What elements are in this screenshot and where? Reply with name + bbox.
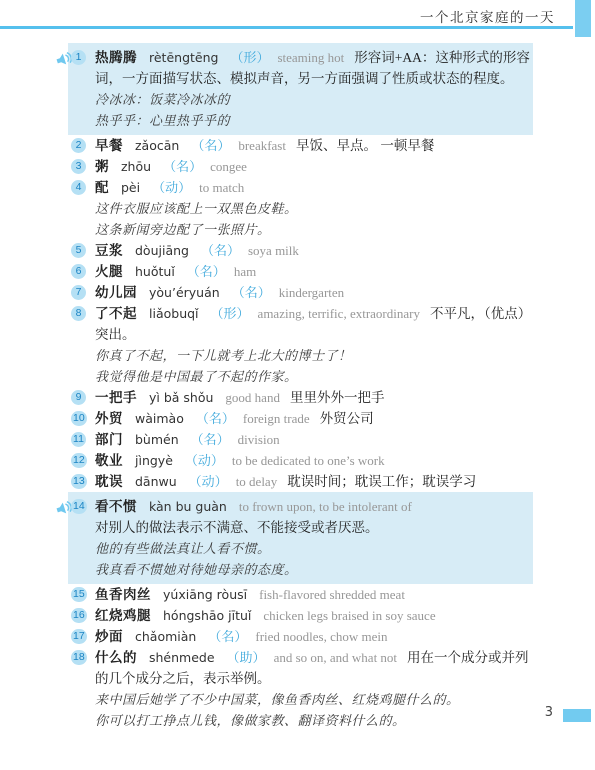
- pinyin: zhōu: [121, 159, 151, 174]
- entry-number-badge: 4: [71, 180, 86, 195]
- vocab-entry-9: 9 一把手yì bǎ shǒugood hand里里外外一把手: [68, 387, 533, 408]
- pinyin: jìngyè: [135, 453, 173, 468]
- english-gloss: good hand: [225, 390, 280, 405]
- entry-number-badge: 8: [71, 306, 86, 321]
- pinyin: hóngshāo jītuǐ: [163, 608, 251, 623]
- entry-number-badge: 17: [71, 629, 87, 644]
- entry-number-badge: 3: [71, 159, 86, 174]
- english-gloss: chicken legs braised in soy sauce: [263, 608, 435, 623]
- entry-headline: 幼儿园yòu’éryuán（名）kindergarten: [95, 282, 533, 303]
- english-gloss: foreign trade: [243, 411, 310, 426]
- entry-headline: 耽误dānwu（动）to delay耽误时间；耽误工作；耽误学习: [95, 471, 533, 492]
- vocab-entry-1: 1 热腾腾rètēngtēng（形）steaming hot形容词+AA：这种形…: [68, 43, 533, 135]
- headword: 红烧鸡腿: [95, 608, 151, 623]
- entry-headline: 一把手yì bǎ shǒugood hand里里外外一把手: [95, 387, 533, 408]
- headword: 早餐: [95, 138, 123, 153]
- example-sentence: 我觉得他是中国最了不起的作家。: [95, 366, 533, 387]
- headword: 部门: [95, 432, 123, 447]
- entry-number-badge: 15: [71, 587, 87, 602]
- headword: 炒面: [95, 629, 123, 644]
- entry-headline: 了不起liǎobuqǐ（形）amazing, terrific, extraor…: [95, 303, 533, 345]
- chinese-note: 早饭、早点。 一顿早餐: [296, 138, 434, 153]
- part-of-speech: （名）: [191, 432, 230, 447]
- pinyin: dòujiāng: [135, 243, 189, 258]
- example-sentence: 他的有些做法真让人看不惯。: [95, 538, 533, 559]
- vocab-entry-16: 16 红烧鸡腿hóngshāo jītuǐchicken legs braise…: [68, 605, 533, 626]
- english-gloss: to delay: [236, 474, 278, 489]
- part-of-speech: （名）: [187, 264, 226, 279]
- entry-number-badge: 13: [71, 474, 87, 489]
- entry-number-badge: 2: [71, 138, 86, 153]
- entry-headline: 早餐zǎocān（名）breakfast早饭、早点。 一顿早餐: [95, 135, 533, 156]
- part-of-speech: （名）: [163, 159, 202, 174]
- pinyin: wàimào: [135, 411, 184, 426]
- english-gloss: congee: [210, 159, 247, 174]
- example-sentence: 这件衣服应该配上一双黑色皮鞋。: [95, 198, 533, 219]
- part-of-speech: （动）: [152, 180, 191, 195]
- english-gloss: steaming hot: [277, 50, 344, 65]
- pinyin: yòu’éryuán: [149, 285, 220, 300]
- english-gloss: amazing, terrific, extraordinary: [258, 306, 420, 321]
- pinyin: chǎomiàn: [135, 629, 196, 644]
- vocab-entry-3: 3 粥zhōu（名）congee: [68, 156, 533, 177]
- english-gloss: breakfast: [238, 138, 286, 153]
- pinyin: bùmén: [135, 432, 179, 447]
- headword: 外贸: [95, 411, 123, 426]
- english-gloss: division: [238, 432, 280, 447]
- entry-headline: 炒面chǎomiàn（名）fried noodles, chow mein: [95, 626, 533, 647]
- pinyin: zǎocān: [135, 138, 179, 153]
- example-sentence: 冷冰冰：饭菜冷冰冰的: [95, 89, 533, 110]
- chinese-note: 外贸公司: [320, 411, 374, 426]
- english-gloss: to match: [199, 180, 244, 195]
- vocab-entry-8: 8 了不起liǎobuqǐ（形）amazing, terrific, extra…: [68, 303, 533, 387]
- vocab-entry-11: 11 部门bùmén（名）division: [68, 429, 533, 450]
- entry-number-badge: 14: [71, 499, 87, 514]
- example-sentence: 你真了不起，一下儿就考上北大的博士了！: [95, 345, 533, 366]
- vocab-entry-17: 17 炒面chǎomiàn（名）fried noodles, chow mein: [68, 626, 533, 647]
- entry-headline: 外贸wàimào（名）foreign trade外贸公司: [95, 408, 533, 429]
- headword: 豆浆: [95, 243, 123, 258]
- entry-headline: 看不惯kàn bu guànto frown upon, to be intol…: [95, 496, 533, 517]
- vocab-entry-5: 5 豆浆dòujiāng（名）soya milk: [68, 240, 533, 261]
- entry-headline: 敬业jìngyè（动）to be dedicated to one’s work: [95, 450, 533, 471]
- entry-number-badge: 16: [71, 608, 87, 623]
- vocab-entry-10: 10 外贸wàimào（名）foreign trade外贸公司: [68, 408, 533, 429]
- entry-headline: 部门bùmén（名）division: [95, 429, 533, 450]
- vocab-entry-7: 7 幼儿园yòu’éryuán（名）kindergarten: [68, 282, 533, 303]
- pinyin: pèi: [121, 180, 140, 195]
- headword: 火腿: [95, 264, 123, 279]
- entry-headline: 火腿huǒtuǐ（名）ham: [95, 261, 533, 282]
- definition-line: 对别人的做法表示不满意、不能接受或者厌恶。: [95, 517, 533, 538]
- entry-number-badge: 10: [71, 411, 87, 426]
- entry-headline: 什么的shénmede（助）and so on, and what not用在一…: [95, 647, 533, 689]
- english-gloss: soya milk: [248, 243, 299, 258]
- page-header-title: 一个北京家庭的一天: [420, 6, 555, 26]
- english-gloss: ham: [234, 264, 256, 279]
- headword: 耽误: [95, 474, 123, 489]
- vocab-entry-14: 14 看不惯kàn bu guànto frown upon, to be in…: [68, 492, 533, 584]
- entry-headline: 红烧鸡腿hóngshāo jītuǐchicken legs braised i…: [95, 605, 533, 626]
- textbook-page: 一个北京家庭的一天 1 热腾腾rètēngtēng（形）steaming hot…: [0, 0, 595, 770]
- pinyin: yúxiāng ròusī: [163, 587, 247, 602]
- pinyin: liǎobuqǐ: [149, 306, 199, 321]
- english-gloss: kindergarten: [279, 285, 344, 300]
- english-gloss: fish-flavored shredded meat: [259, 587, 405, 602]
- entry-number-badge: 11: [71, 432, 86, 447]
- part-of-speech: （名）: [208, 629, 247, 644]
- vocab-entry-13: 13 耽误dānwu（动）to delay耽误时间；耽误工作；耽误学习: [68, 471, 533, 492]
- english-gloss: to be dedicated to one’s work: [232, 453, 385, 468]
- entry-number-badge: 18: [71, 650, 87, 665]
- example-sentence: 来中国后她学了不少中国菜，像鱼香肉丝、红烧鸡腿什么的。: [95, 689, 533, 710]
- entry-headline: 热腾腾rètēngtēng（形）steaming hot形容词+AA：这种形式的…: [95, 47, 533, 89]
- headword: 什么的: [95, 650, 137, 665]
- vocab-entry-18: 18 什么的shénmede（助）and so on, and what not…: [68, 647, 533, 731]
- example-sentence: 我真看不惯她对待她母亲的态度。: [95, 559, 533, 580]
- page-number: 3: [545, 705, 553, 720]
- entry-number-badge: 7: [71, 285, 86, 300]
- entry-number-badge: 12: [71, 453, 87, 468]
- vocab-entry-4: 4 配pèi（动）to match 这件衣服应该配上一双黑色皮鞋。 这条新闻旁边…: [68, 177, 533, 240]
- headword: 配: [95, 180, 109, 195]
- pinyin: rètēngtēng: [149, 50, 218, 65]
- pinyin: kàn bu guàn: [149, 499, 227, 514]
- part-of-speech: （名）: [201, 243, 240, 258]
- entry-headline: 配pèi（动）to match: [95, 177, 533, 198]
- part-of-speech: （助）: [227, 650, 266, 665]
- entry-headline: 豆浆dòujiāng（名）soya milk: [95, 240, 533, 261]
- vocab-entry-2: 2 早餐zǎocān（名）breakfast早饭、早点。 一顿早餐: [68, 135, 533, 156]
- vocab-entry-6: 6 火腿huǒtuǐ（名）ham: [68, 261, 533, 282]
- vocab-entry-12: 12 敬业jìngyè（动）to be dedicated to one’s w…: [68, 450, 533, 471]
- entry-number-badge: 9: [71, 390, 86, 405]
- english-gloss: and so on, and what not: [274, 650, 397, 665]
- headword: 鱼香肉丝: [95, 587, 151, 602]
- entry-number-badge: 1: [71, 50, 86, 65]
- example-sentence: 这条新闻旁边配了一张照片。: [95, 219, 533, 240]
- vocab-list: 1 热腾腾rètēngtēng（形）steaming hot形容词+AA：这种形…: [68, 43, 533, 731]
- part-of-speech: （名）: [232, 285, 271, 300]
- pinyin: yì bǎ shǒu: [149, 390, 213, 405]
- headword: 热腾腾: [95, 50, 137, 65]
- headword: 敬业: [95, 453, 123, 468]
- entry-number-badge: 6: [71, 264, 86, 279]
- entry-headline: 粥zhōu（名）congee: [95, 156, 533, 177]
- vocab-entry-15: 15 鱼香肉丝yúxiāng ròusīfish-flavored shredd…: [68, 584, 533, 605]
- header-rule: [0, 26, 573, 29]
- header-tab-marker: [575, 0, 591, 37]
- entry-headline: 鱼香肉丝yúxiāng ròusīfish-flavored shredded …: [95, 584, 533, 605]
- headword: 一把手: [95, 390, 137, 405]
- pinyin: shénmede: [149, 650, 215, 665]
- headword: 看不惯: [95, 499, 137, 514]
- part-of-speech: （形）: [211, 306, 250, 321]
- part-of-speech: （动）: [189, 474, 228, 489]
- part-of-speech: （形）: [230, 50, 269, 65]
- english-gloss: to frown upon, to be intolerant of: [239, 499, 412, 514]
- example-sentence: 你可以打工挣点儿钱，像做家教、翻译资料什么的。: [95, 710, 533, 731]
- footer-tab-marker: [563, 709, 591, 722]
- chinese-note: 里里外外一把手: [290, 390, 385, 405]
- part-of-speech: （名）: [191, 138, 230, 153]
- entry-number-badge: 5: [71, 243, 86, 258]
- pinyin: dānwu: [135, 474, 177, 489]
- headword: 粥: [95, 159, 109, 174]
- pinyin: huǒtuǐ: [135, 264, 175, 279]
- english-gloss: fried noodles, chow mein: [255, 629, 387, 644]
- part-of-speech: （名）: [196, 411, 235, 426]
- headword: 了不起: [95, 306, 137, 321]
- example-sentence: 热乎乎：心里热乎乎的: [95, 110, 533, 131]
- chinese-note: 耽误时间；耽误工作；耽误学习: [287, 474, 476, 489]
- headword: 幼儿园: [95, 285, 137, 300]
- part-of-speech: （动）: [185, 453, 224, 468]
